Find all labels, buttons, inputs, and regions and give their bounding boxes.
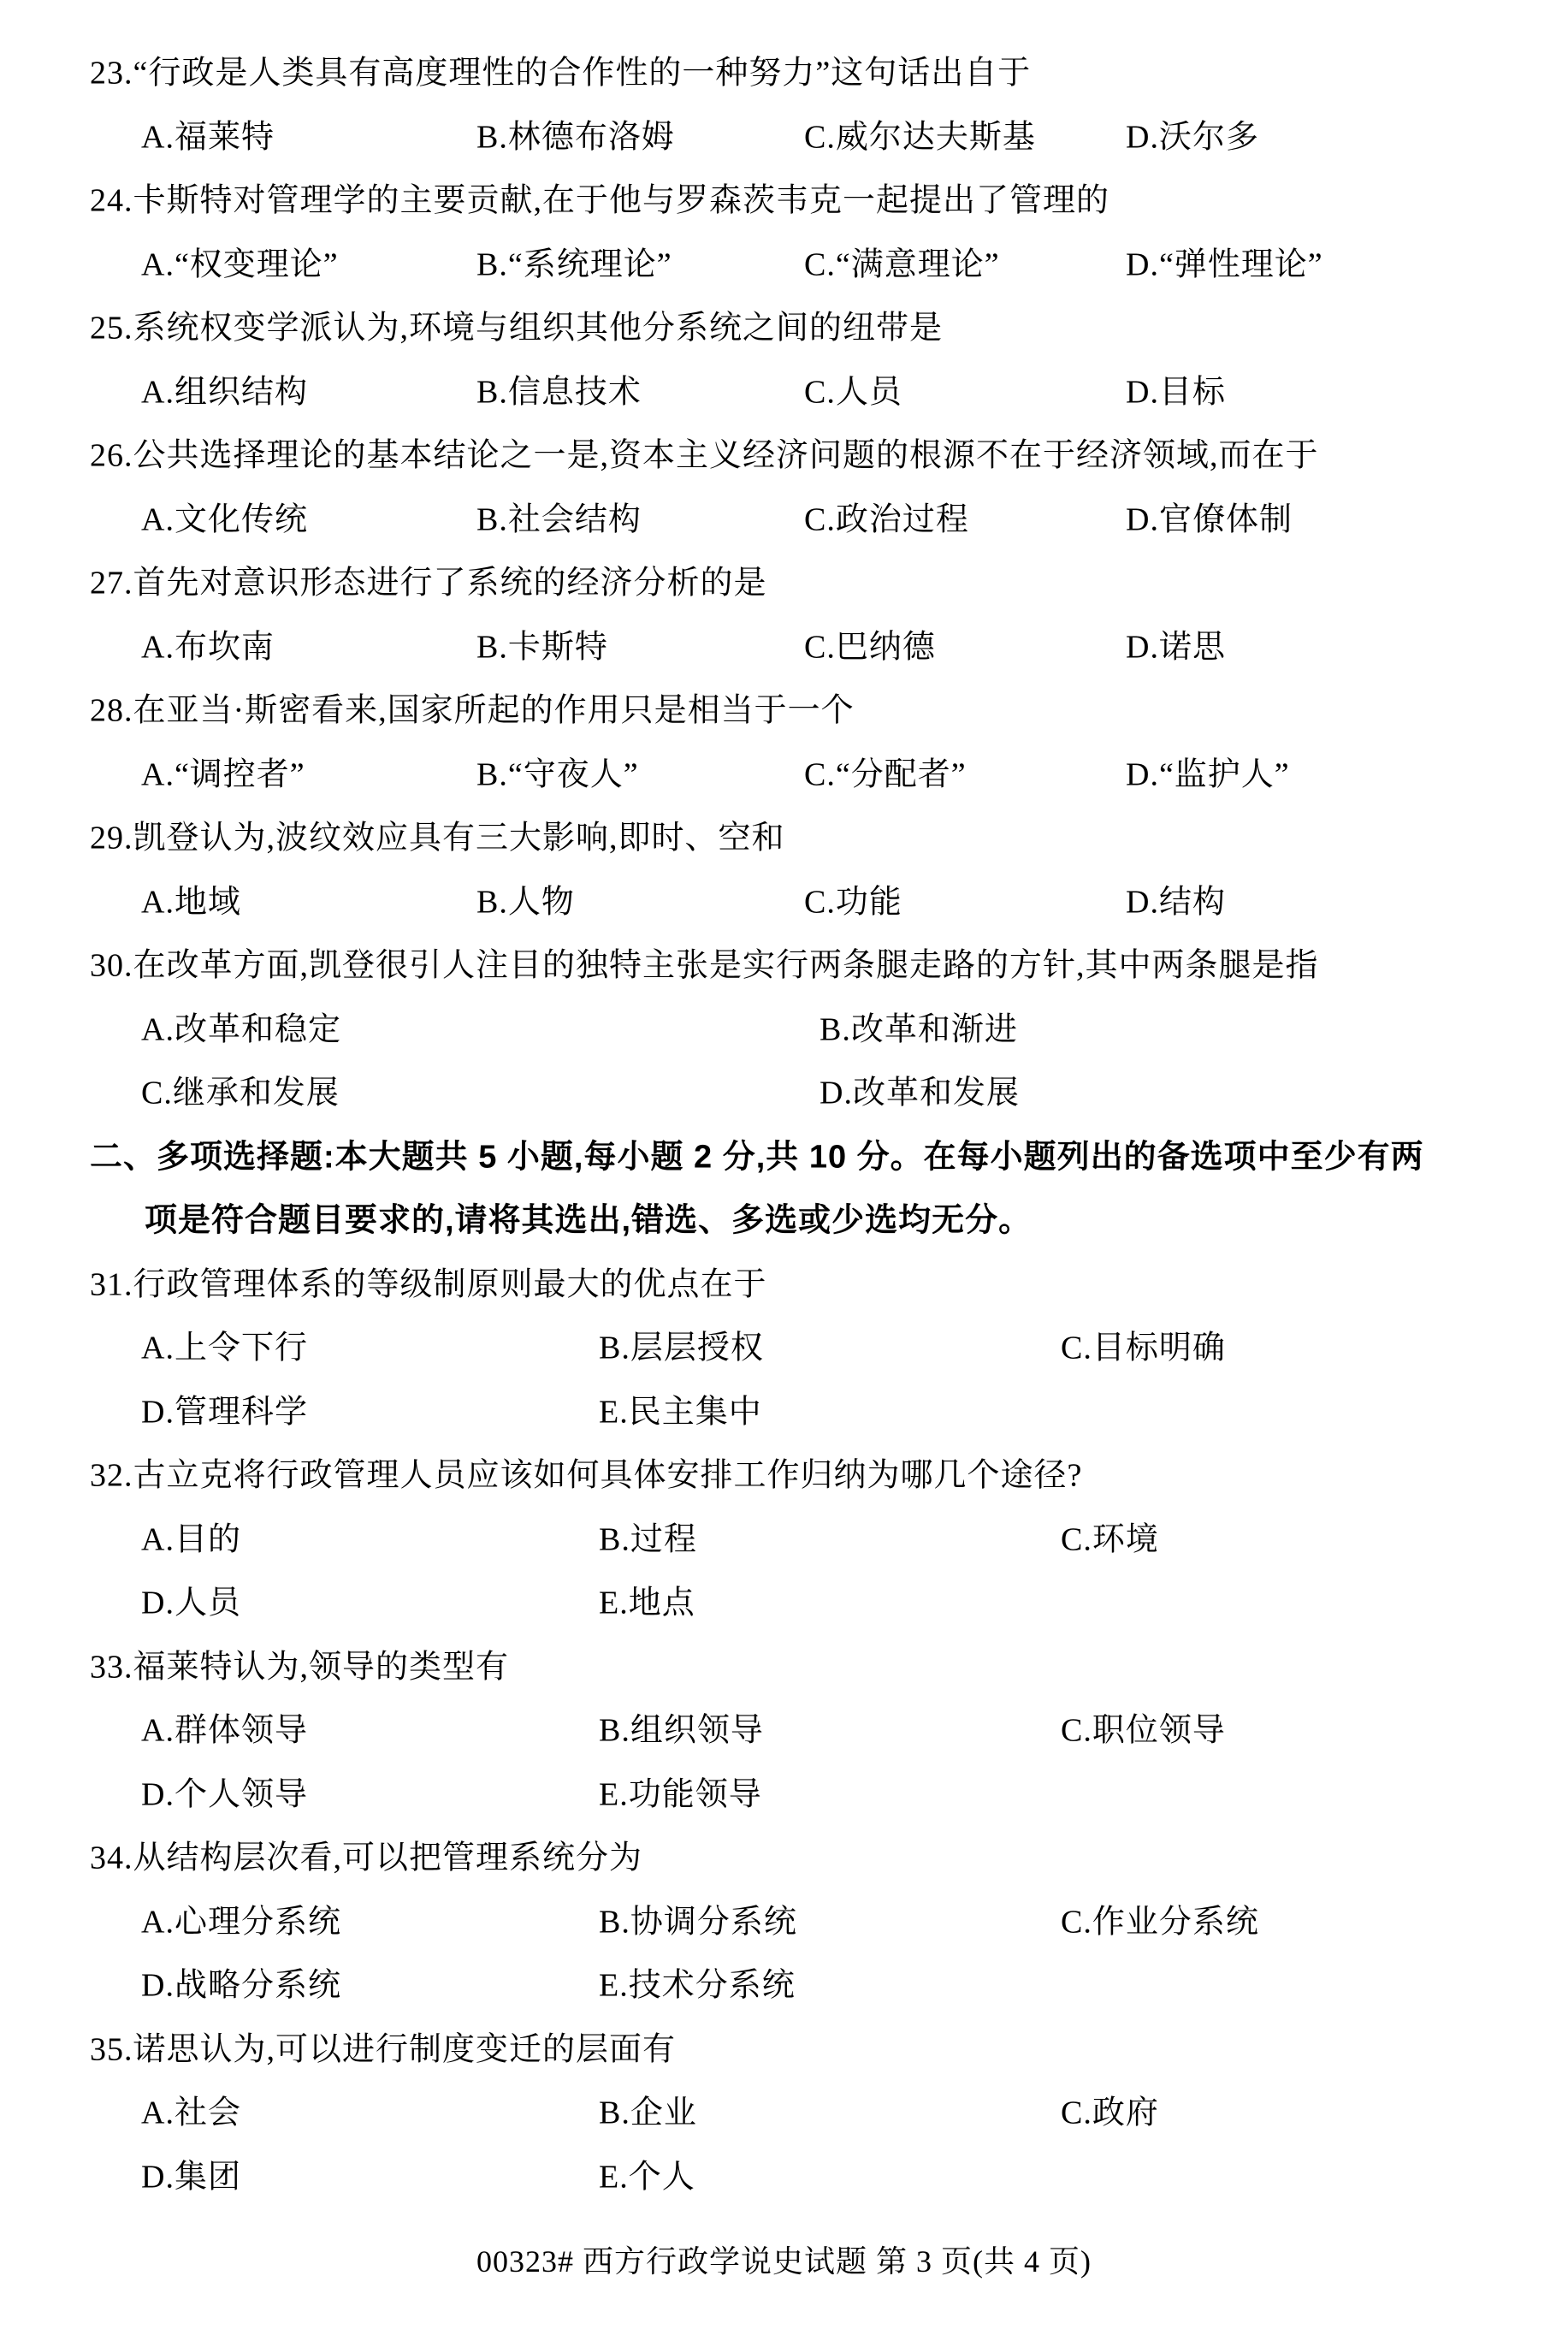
option-34-a: A.心理分系统 — [141, 1894, 341, 1941]
question-24: 24.卡斯特对管理学的主要贡献,在于他与罗森茨韦克一起提出了管理的 — [0, 165, 1568, 229]
option-26-c: C.政治过程 — [804, 492, 969, 539]
question-25: 25.系统权变学派认为,环境与组织其他分系统之间的纽带是 — [0, 293, 1568, 357]
question-29-text: 29.凯登认为,波纹效应具有三大影响,即时、空和 — [90, 811, 785, 858]
question-34-text: 34.从结构层次看,可以把管理系统分为 — [90, 1831, 642, 1878]
question-35-text: 35.诺思认为,可以进行制度变迁的层面有 — [90, 2022, 676, 2069]
option-29-d: D.结构 — [1126, 874, 1226, 922]
option-33-d: D.个人领导 — [141, 1767, 308, 1814]
question-25-text: 25.系统权变学派认为,环境与组织其他分系统之间的纽带是 — [90, 301, 943, 348]
question-24-options: A.“权变理论” B.“系统理论” C.“满意理论” D.“弹性理论” — [0, 229, 1568, 293]
question-25-options: A.组织结构 B.信息技术 C.人员 D.目标 — [0, 357, 1568, 421]
question-24-text: 24.卡斯特对管理学的主要贡献,在于他与罗森茨韦克一起提出了管理的 — [90, 174, 1109, 221]
question-23-text: 23.“行政是人类具有高度理性的合作性的一种努力”这句话出自于 — [90, 46, 1031, 93]
question-30-text: 30.在改革方面,凯登很引人注目的独特主张是实行两条腿走路的方针,其中两条腿是指 — [90, 939, 1319, 986]
question-33: 33.福莱特认为,领导的类型有 — [0, 1632, 1568, 1696]
exam-page: 23.“行政是人类具有高度理性的合作性的一种努力”这句话出自于 A.福莱特 B.… — [0, 0, 1568, 2341]
question-34-options-row1: A.心理分系统 B.协调分系统 C.作业分系统 — [0, 1887, 1568, 1951]
question-33-options-row2: D.个人领导 E.功能领导 — [0, 1759, 1568, 1823]
question-28-text: 28.在亚当·斯密看来,国家所起的作用只是相当于一个 — [90, 684, 855, 731]
page-footer: 00323# 西方行政学说史试题 第 3 页(共 4 页) — [0, 2237, 1568, 2281]
option-33-e: E.功能领导 — [599, 1767, 762, 1814]
question-31: 31.行政管理体系的等级制原则最大的优点在于 — [0, 1249, 1568, 1313]
option-34-c: C.作业分系统 — [1061, 1894, 1259, 1941]
question-27-options: A.布坎南 B.卡斯特 C.巴纳德 D.诺思 — [0, 612, 1568, 676]
option-33-a: A.群体领导 — [141, 1704, 308, 1751]
option-32-b: B.过程 — [599, 1512, 697, 1559]
option-31-b: B.层层授权 — [599, 1321, 764, 1368]
section-2-header-line-2: 项是符合题目要求的,请将其选出,错选、多选或少选均无分。 — [0, 1185, 1568, 1249]
question-31-text: 31.行政管理体系的等级制原则最大的优点在于 — [90, 1257, 767, 1304]
question-32-options-row2: D.人员 E.地点 — [0, 1568, 1568, 1632]
question-35-options-row1: A.社会 B.企业 C.政府 — [0, 2077, 1568, 2142]
question-23: 23.“行政是人类具有高度理性的合作性的一种努力”这句话出自于 — [0, 38, 1568, 102]
question-34: 34.从结构层次看,可以把管理系统分为 — [0, 1822, 1568, 1887]
option-27-c: C.巴纳德 — [804, 619, 936, 667]
question-26-options: A.文化传统 B.社会结构 C.政治过程 D.官僚体制 — [0, 484, 1568, 548]
section-2-header-text-1: 二、多项选择题:本大题共 5 小题,每小题 2 分,共 10 分。在每小题列出的… — [90, 1129, 1424, 1176]
option-27-d: D.诺思 — [1126, 619, 1226, 667]
option-26-a: A.文化传统 — [141, 492, 308, 539]
option-33-b: B.组织领导 — [599, 1704, 764, 1751]
option-28-a: A.“调控者” — [141, 747, 305, 794]
option-29-b: B.人物 — [476, 874, 575, 922]
option-32-a: A.目的 — [141, 1512, 241, 1559]
option-24-b: B.“系统理论” — [476, 237, 672, 284]
option-30-c: C.继承和发展 — [141, 1066, 340, 1113]
question-31-options-row1: A.上令下行 B.层层授权 C.目标明确 — [0, 1313, 1568, 1377]
option-35-c: C.政府 — [1061, 2086, 1159, 2133]
option-30-a: A.改革和稳定 — [141, 1002, 341, 1049]
option-31-c: C.目标明确 — [1061, 1321, 1226, 1368]
option-29-a: A.地域 — [141, 874, 241, 922]
option-29-c: C.功能 — [804, 874, 902, 922]
section-2-header-text-2: 项是符合题目要求的,请将其选出,错选、多选或少选均无分。 — [145, 1194, 1032, 1241]
question-33-text: 33.福莱特认为,领导的类型有 — [90, 1639, 509, 1686]
question-32-options-row1: A.目的 B.过程 C.环境 — [0, 1504, 1568, 1568]
option-30-b: B.改革和渐进 — [820, 1002, 1018, 1049]
option-26-d: D.官僚体制 — [1126, 492, 1293, 539]
question-23-options: A.福莱特 B.林德布洛姆 C.威尔达夫斯基 D.沃尔多 — [0, 102, 1568, 166]
option-34-d: D.战略分系统 — [141, 1959, 341, 2006]
option-28-c: C.“分配者” — [804, 747, 967, 794]
option-35-a: A.社会 — [141, 2086, 241, 2133]
question-35: 35.诺思认为,可以进行制度变迁的层面有 — [0, 2014, 1568, 2078]
option-32-e: E.地点 — [599, 1576, 695, 1623]
option-30-d: D.改革和发展 — [820, 1066, 1020, 1113]
option-27-a: A.布坎南 — [141, 619, 275, 667]
question-30-options-row2: C.继承和发展 D.改革和发展 — [0, 1058, 1568, 1122]
question-28: 28.在亚当·斯密看来,国家所起的作用只是相当于一个 — [0, 675, 1568, 739]
question-30: 30.在改革方面,凯登很引人注目的独特主张是实行两条腿走路的方针,其中两条腿是指 — [0, 930, 1568, 994]
option-35-d: D.集团 — [141, 2149, 241, 2196]
option-31-d: D.管理科学 — [141, 1384, 308, 1431]
question-33-options-row1: A.群体领导 B.组织领导 C.职位领导 — [0, 1695, 1568, 1759]
option-25-b: B.信息技术 — [476, 364, 642, 412]
option-25-a: A.组织结构 — [141, 364, 308, 412]
option-28-b: B.“守夜人” — [476, 747, 639, 794]
question-29-options: A.地域 B.人物 C.功能 D.结构 — [0, 867, 1568, 931]
option-23-c: C.威尔达夫斯基 — [804, 110, 1036, 157]
question-31-options-row2: D.管理科学 E.民主集中 — [0, 1377, 1568, 1441]
option-25-c: C.人员 — [804, 364, 902, 412]
section-2-header-line-1: 二、多项选择题:本大题共 5 小题,每小题 2 分,共 10 分。在每小题列出的… — [0, 1122, 1568, 1186]
option-33-c: C.职位领导 — [1061, 1704, 1226, 1751]
question-32: 32.古立克将行政管理人员应该如何具体安排工作归纳为哪几个途径? — [0, 1440, 1568, 1504]
option-34-b: B.协调分系统 — [599, 1894, 797, 1941]
option-23-a: A.福莱特 — [141, 110, 275, 157]
option-23-b: B.林德布洛姆 — [476, 110, 675, 157]
option-31-a: A.上令下行 — [141, 1321, 308, 1368]
question-30-options-row1: A.改革和稳定 B.改革和渐进 — [0, 994, 1568, 1058]
option-24-d: D.“弹性理论” — [1126, 237, 1323, 284]
question-34-options-row2: D.战略分系统 E.技术分系统 — [0, 1950, 1568, 2014]
option-28-d: D.“监护人” — [1126, 747, 1290, 794]
question-28-options: A.“调控者” B.“守夜人” C.“分配者” D.“监护人” — [0, 739, 1568, 803]
option-25-d: D.目标 — [1126, 364, 1226, 412]
option-27-b: B.卡斯特 — [476, 619, 608, 667]
question-27: 27.首先对意识形态进行了系统的经济分析的是 — [0, 548, 1568, 612]
option-24-a: A.“权变理论” — [141, 237, 339, 284]
option-34-e: E.技术分系统 — [599, 1959, 796, 2006]
option-24-c: C.“满意理论” — [804, 237, 1000, 284]
option-35-b: B.企业 — [599, 2086, 697, 2133]
option-23-d: D.沃尔多 — [1126, 110, 1259, 157]
question-35-options-row2: D.集团 E.个人 — [0, 2142, 1568, 2206]
option-31-e: E.民主集中 — [599, 1384, 762, 1431]
question-32-text: 32.古立克将行政管理人员应该如何具体安排工作归纳为哪几个途径? — [90, 1449, 1082, 1496]
option-32-c: C.环境 — [1061, 1512, 1159, 1559]
question-26-text: 26.公共选择理论的基本结论之一是,资本主义经济问题的根源不在于经济领域,而在于 — [90, 429, 1319, 476]
question-29: 29.凯登认为,波纹效应具有三大影响,即时、空和 — [0, 803, 1568, 867]
option-26-b: B.社会结构 — [476, 492, 642, 539]
option-32-d: D.人员 — [141, 1576, 241, 1623]
question-26: 26.公共选择理论的基本结论之一是,资本主义经济问题的根源不在于经济领域,而在于 — [0, 420, 1568, 484]
question-27-text: 27.首先对意识形态进行了系统的经济分析的是 — [90, 556, 767, 603]
option-35-e: E.个人 — [599, 2149, 695, 2196]
